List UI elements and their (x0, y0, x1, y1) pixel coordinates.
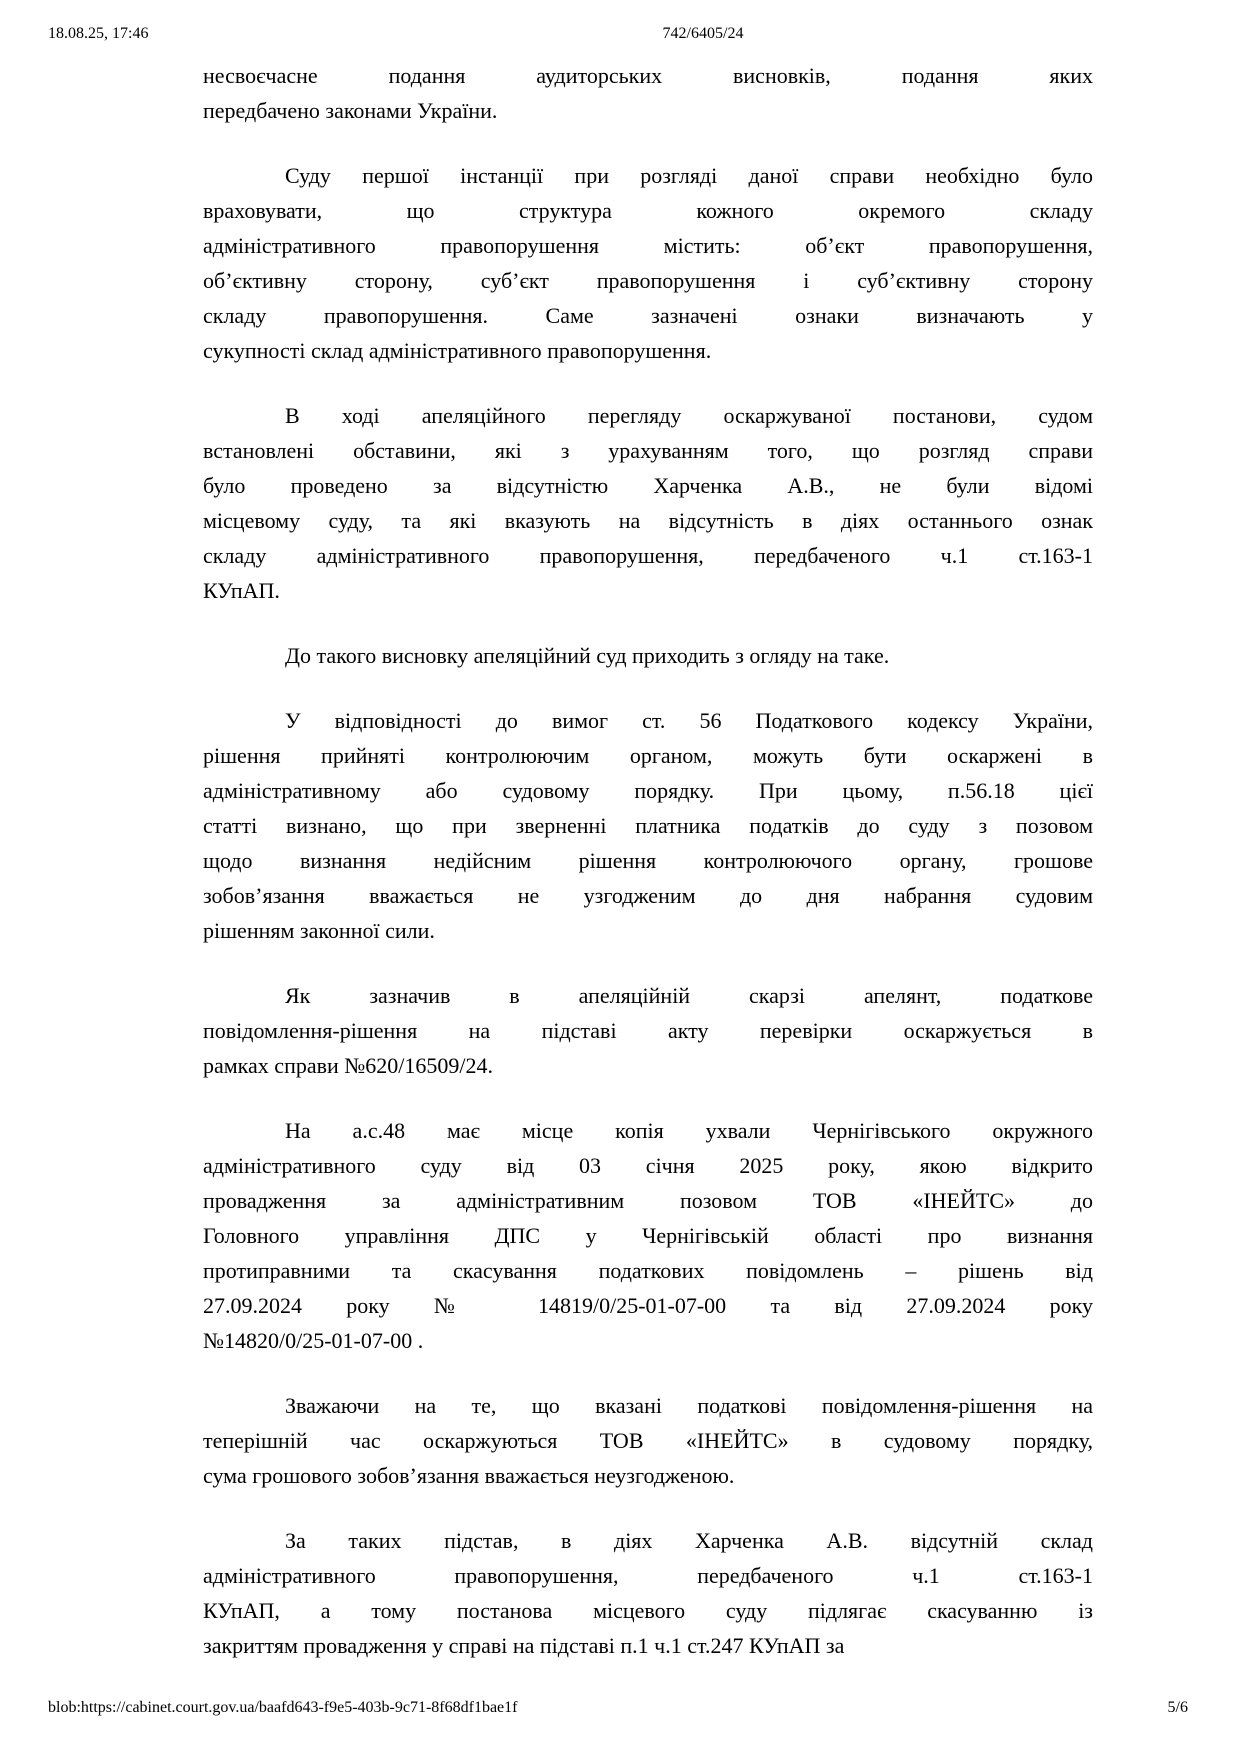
paragraph: Як зазначив в апеляційній скарзі апелянт… (203, 978, 1093, 1083)
text-line: складу адміністративного правопорушення,… (203, 538, 1093, 573)
text-line: сума грошового зобов’язання вважається н… (203, 1458, 1093, 1493)
text-line: несвоєчасне подання аудиторських висновк… (203, 58, 1093, 93)
text-line: На а.с.48 має місце копія ухвали Чернігі… (203, 1113, 1093, 1148)
text-line: адміністративного суду від 03 січня 2025… (203, 1148, 1093, 1183)
text-line: повідомлення-рішення на підставі акту пе… (203, 1013, 1093, 1048)
text-line: складу правопорушення. Саме зазначені оз… (203, 298, 1093, 333)
text-line: В ході апеляційного перегляду оскаржуван… (203, 398, 1093, 433)
text-line: об’єктивну сторону, суб’єкт правопорушен… (203, 263, 1093, 298)
text-line: враховувати, що структура кожного окремо… (203, 193, 1093, 228)
document-body: несвоєчасне подання аудиторських висновк… (203, 58, 1093, 1663)
paragraph: За таких підстав, в діях Харченка А.В. в… (203, 1523, 1093, 1663)
text-line: щодо визнання недійсним рішення контролю… (203, 843, 1093, 878)
text-line: №14820/0/25-01-07-00 . (203, 1323, 1093, 1358)
paragraph: На а.с.48 має місце копія ухвали Чернігі… (203, 1113, 1093, 1358)
text-line: Головного управління ДПС у Чернігівській… (203, 1218, 1093, 1253)
paragraph: Зважаючи на те, що вказані податкові пов… (203, 1388, 1093, 1493)
page-indicator: 5/6 (1168, 1698, 1188, 1718)
paragraph: До такого висновку апеляційний суд прихо… (203, 638, 1093, 673)
print-datetime: 18.08.25, 17:46 (48, 24, 148, 44)
paragraph: У відповідності до вимог ст. 56 Податков… (203, 703, 1093, 948)
text-line: рамках справи №620/16509/24. (203, 1048, 1093, 1083)
paragraph: В ході апеляційного перегляду оскаржуван… (203, 398, 1093, 608)
text-line: До такого висновку апеляційний суд прихо… (203, 638, 1093, 673)
text-line: встановлені обставини, які з урахуванням… (203, 433, 1093, 468)
text-line: У відповідності до вимог ст. 56 Податков… (203, 703, 1093, 738)
text-line: рішенням законної сили. (203, 913, 1093, 948)
text-line: статті визнано, що при зверненні платник… (203, 808, 1093, 843)
text-line: сукупності склад адміністративного право… (203, 333, 1093, 368)
case-number: 742/6405/24 (663, 24, 744, 44)
text-line: було проведено за відсутністю Харченка А… (203, 468, 1093, 503)
document-page: 18.08.25, 17:46 742/6405/24 несвоєчасне … (0, 0, 1240, 1754)
text-line: Зважаючи на те, що вказані податкові пов… (203, 1388, 1093, 1423)
text-line: місцевому суду, та які вказують на відсу… (203, 503, 1093, 538)
text-line: адміністративного правопорушення, передб… (203, 1558, 1093, 1593)
text-line: Суду першої інстанції при розгляді даної… (203, 158, 1093, 193)
text-line: зобов’язання вважається не узгодженим до… (203, 878, 1093, 913)
text-line: адміністративного правопорушення містить… (203, 228, 1093, 263)
text-line: адміністративному або судовому порядку. … (203, 773, 1093, 808)
text-line: протиправними та скасування податкових п… (203, 1253, 1093, 1288)
text-line: КУпАП, а тому постанова місцевого суду п… (203, 1593, 1093, 1628)
text-line: рішення прийняті контролюючим органом, м… (203, 738, 1093, 773)
paragraph: несвоєчасне подання аудиторських висновк… (203, 58, 1093, 128)
paragraph: Суду першої інстанції при розгляді даної… (203, 158, 1093, 368)
text-line: КУпАП. (203, 573, 1093, 608)
text-line: теперішній час оскаржуються ТОВ «ІНЕЙТС»… (203, 1423, 1093, 1458)
source-url: blob:https://cabinet.court.gov.ua/baafd6… (48, 1698, 517, 1718)
text-line: закриттям провадження у справі на підста… (203, 1628, 1093, 1663)
text-line: провадження за адміністративним позовом … (203, 1183, 1093, 1218)
text-line: Як зазначив в апеляційній скарзі апелянт… (203, 978, 1093, 1013)
text-line: За таких підстав, в діях Харченка А.В. в… (203, 1523, 1093, 1558)
text-line: 27.09.2024 року № 14819/0/25-01-07-00 та… (203, 1288, 1093, 1323)
text-line: передбачено законами України. (203, 93, 1093, 128)
